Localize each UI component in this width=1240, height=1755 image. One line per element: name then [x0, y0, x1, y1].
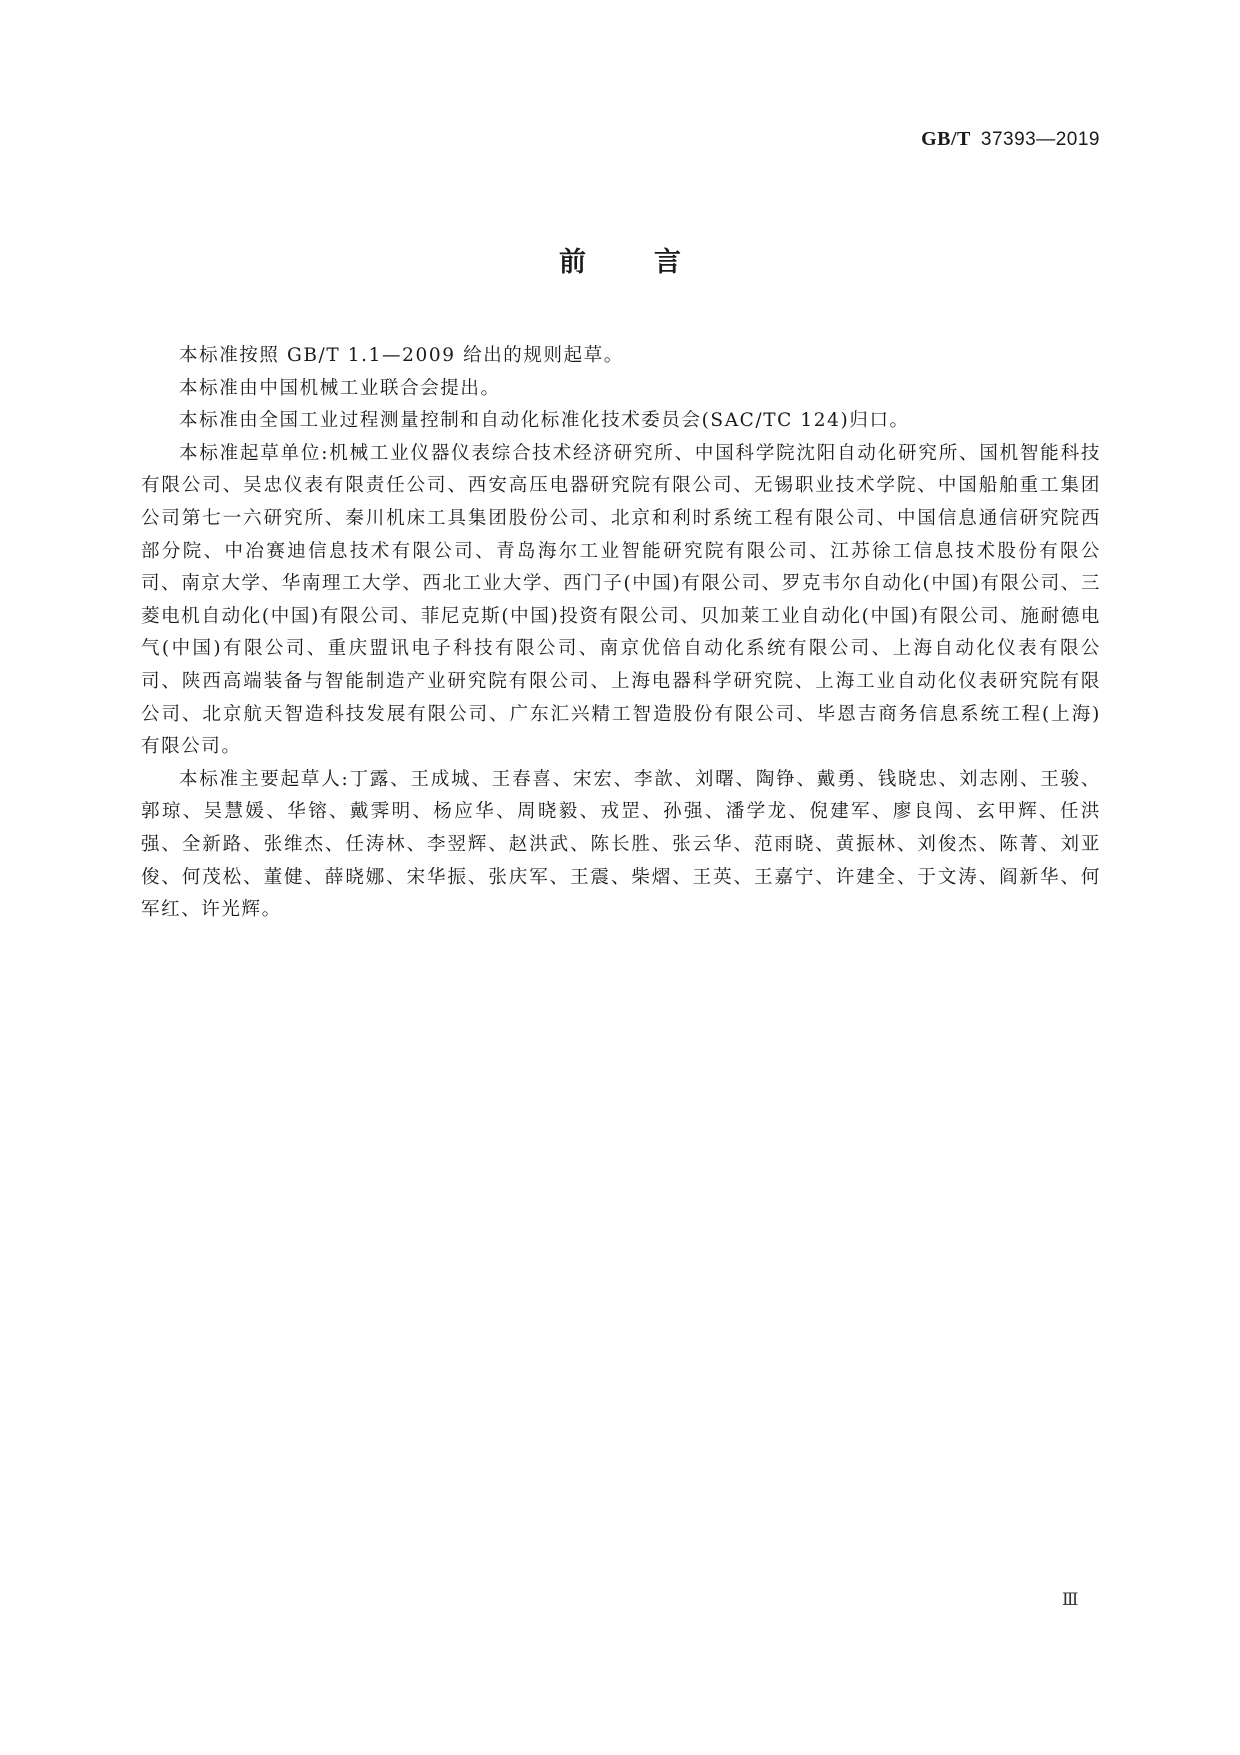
standard-number: 37393—2019	[981, 129, 1100, 150]
page-number: Ⅲ	[1062, 1590, 1078, 1610]
foreword-body: 本标准按照 GB/T 1.1—2009 给出的规则起草。 本标准由中国机械工业联…	[141, 340, 1101, 927]
title-char-2: 言	[654, 247, 681, 278]
paragraph-drafting-rules: 本标准按照 GB/T 1.1—2009 给出的规则起草。	[141, 340, 1101, 373]
standard-number-header: GB/T37393—2019	[921, 128, 1100, 151]
paragraph-drafting-units: 本标准起草单位:机械工业仪器仪表综合技术经济研究所、中国科学院沈阳自动化研究所、…	[141, 438, 1101, 764]
page-title: 前言	[0, 240, 1240, 279]
paragraph-proposer: 本标准由中国机械工业联合会提出。	[141, 373, 1101, 406]
title-char-1: 前	[559, 247, 586, 278]
paragraph-drafters: 本标准主要起草人:丁露、王成城、王春喜、宋宏、李歆、刘曙、陶铮、戴勇、钱晓忠、刘…	[141, 764, 1101, 927]
standard-prefix: GB/T	[921, 128, 971, 150]
paragraph-technical-committee: 本标准由全国工业过程测量控制和自动化标准化技术委员会(SAC/TC 124)归口…	[141, 405, 1101, 438]
